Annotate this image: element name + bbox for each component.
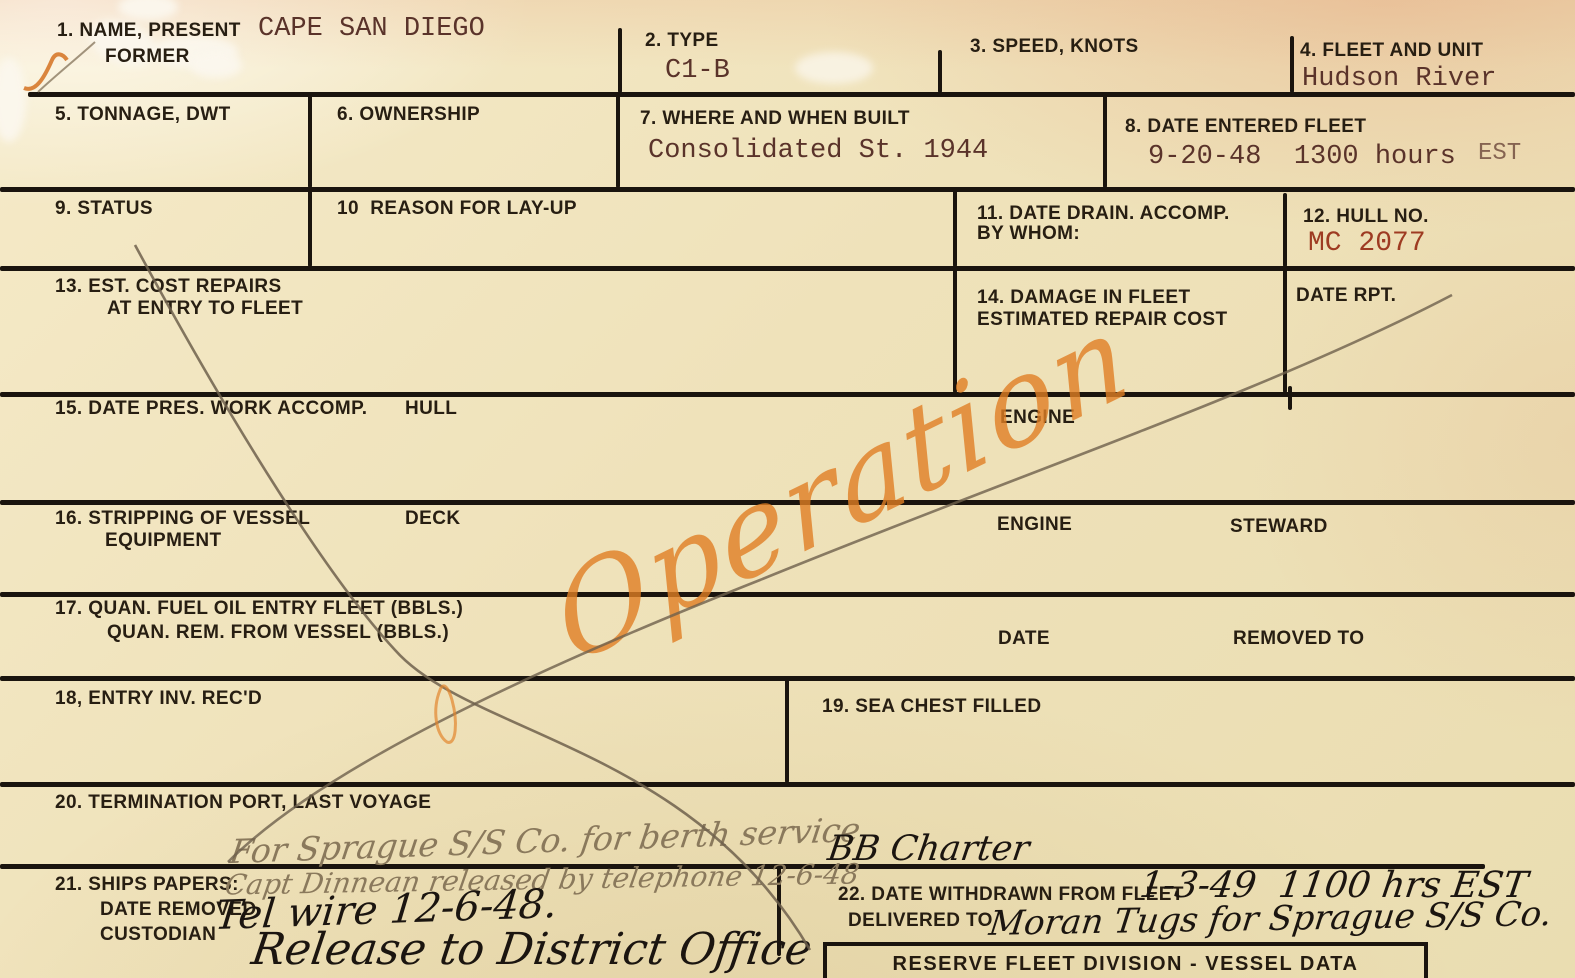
field-22-delivered-to-handwritten: Moran Tugs for Sprague S/S Co.: [987, 897, 1553, 941]
field-15-engine-label: ENGINE: [1000, 407, 1075, 429]
paper-damage: [190, 52, 242, 78]
field-17-removed-to-label: REMOVED TO: [1233, 628, 1364, 650]
field-9-label: 9. STATUS: [55, 198, 153, 220]
field-16-steward-label: STEWARD: [1230, 516, 1328, 538]
field-15-label: 15. DATE PRES. WORK ACCOMP.: [55, 398, 367, 420]
field-11-label-by-whom: BY WHOM:: [977, 223, 1080, 245]
field-4-value: Hudson River: [1302, 64, 1496, 94]
field-2-value: C1-B: [665, 56, 730, 86]
field-18-label: 18, ENTRY INV. REC'D: [55, 688, 262, 710]
grid-line: [1283, 266, 1287, 393]
field-1-label: 1. NAME, PRESENT: [57, 20, 241, 42]
field-17-label: 17. QUAN. FUEL OIL ENTRY FLEET (BBLS.): [55, 598, 463, 620]
field-17-label2: QUAN. REM. FROM VESSEL (BBLS.): [107, 622, 449, 644]
field-7-label: 7. WHERE AND WHEN BUILT: [640, 108, 910, 130]
field-16-label: 16. STRIPPING OF VESSEL: [55, 508, 310, 530]
grid-line: [1283, 193, 1287, 267]
field-4-label: 4. FLEET AND UNIT: [1300, 40, 1483, 62]
grid-line: [0, 500, 1575, 505]
field-10-label: 10 REASON FOR LAY-UP: [337, 198, 577, 220]
paper-damage: [118, 0, 178, 20]
grid-line: [1288, 386, 1292, 410]
field-14-date-rpt-label: DATE RPT.: [1296, 285, 1396, 307]
field-16-label2: EQUIPMENT: [105, 530, 222, 552]
field-7-value: Consolidated St. 1944: [648, 136, 988, 166]
operation-crayon-overlay: Operation: [543, 291, 1141, 683]
field-1-value: CAPE SAN DIEGO: [258, 14, 485, 44]
field-15-hull-label: HULL: [405, 398, 457, 420]
grid-line: [0, 187, 1575, 192]
field-8-label: 8. DATE ENTERED FLEET: [1125, 116, 1366, 138]
field-14-label2: ESTIMATED REPAIR COST: [977, 309, 1227, 331]
field-13-label2: AT ENTRY TO FLEET: [107, 298, 303, 320]
grid-line: [0, 592, 1575, 597]
field-1-label-former: FORMER: [105, 46, 190, 68]
field-14-label: 14. DAMAGE IN FLEET: [977, 287, 1190, 309]
field-20-label: 20. TERMINATION PORT, LAST VOYAGE: [55, 792, 431, 814]
grid-line: [785, 676, 789, 783]
release-district-note-ink: Release to District Office: [249, 928, 814, 972]
orange-check-mark: [24, 54, 67, 89]
field-8-value-tz: EST: [1478, 140, 1521, 167]
field-16-deck-label: DECK: [405, 508, 460, 530]
grid-line: [618, 28, 622, 93]
field-19-label: 19. SEA CHEST FILLED: [822, 696, 1042, 718]
grid-line: [0, 392, 1575, 397]
vessel-data-card: 1. NAME, PRESENT FORMER CAPE SAN DIEGO 2…: [0, 0, 1575, 978]
field-2-label: 2. TYPE: [645, 30, 719, 52]
grid-line: [308, 187, 312, 267]
field-8-value: 9-20-48 1300 hours: [1148, 142, 1456, 172]
paper-damage: [0, 58, 26, 142]
field-21-label: 21. SHIPS PAPERS:: [55, 874, 239, 896]
field-3-label: 3. SPEED, KNOTS: [970, 36, 1139, 58]
grid-line: [1103, 92, 1107, 188]
grid-line: [1290, 36, 1294, 93]
field-11-label: 11. DATE DRAIN. ACCOMP.: [977, 203, 1230, 225]
field-12-value: MC 2077: [1308, 228, 1426, 259]
orange-loop-mark: [436, 686, 456, 743]
field-5-label: 5. TONNAGE, DWT: [55, 104, 231, 126]
field-21-custodian-label: CUSTODIAN: [100, 924, 216, 946]
reserve-fleet-division-banner: RESERVE FLEET DIVISION - VESSEL DATA: [823, 942, 1428, 978]
grid-line: [308, 92, 312, 188]
field-13-label: 13. EST. COST REPAIRS: [55, 276, 282, 298]
field-6-label: 6. OWNERSHIP: [337, 104, 480, 126]
field-17-date-label: DATE: [998, 628, 1050, 650]
paper-damage: [795, 52, 873, 84]
grid-line: [616, 92, 620, 188]
field-12-label: 12. HULL NO.: [1303, 206, 1429, 228]
grid-line: [0, 266, 1575, 271]
grid-line: [953, 266, 957, 393]
grid-line: [938, 50, 942, 93]
field-22-delivered-to-label: DELIVERED TO: [848, 910, 993, 932]
grid-line: [953, 187, 957, 267]
field-16-engine-label: ENGINE: [997, 514, 1072, 536]
